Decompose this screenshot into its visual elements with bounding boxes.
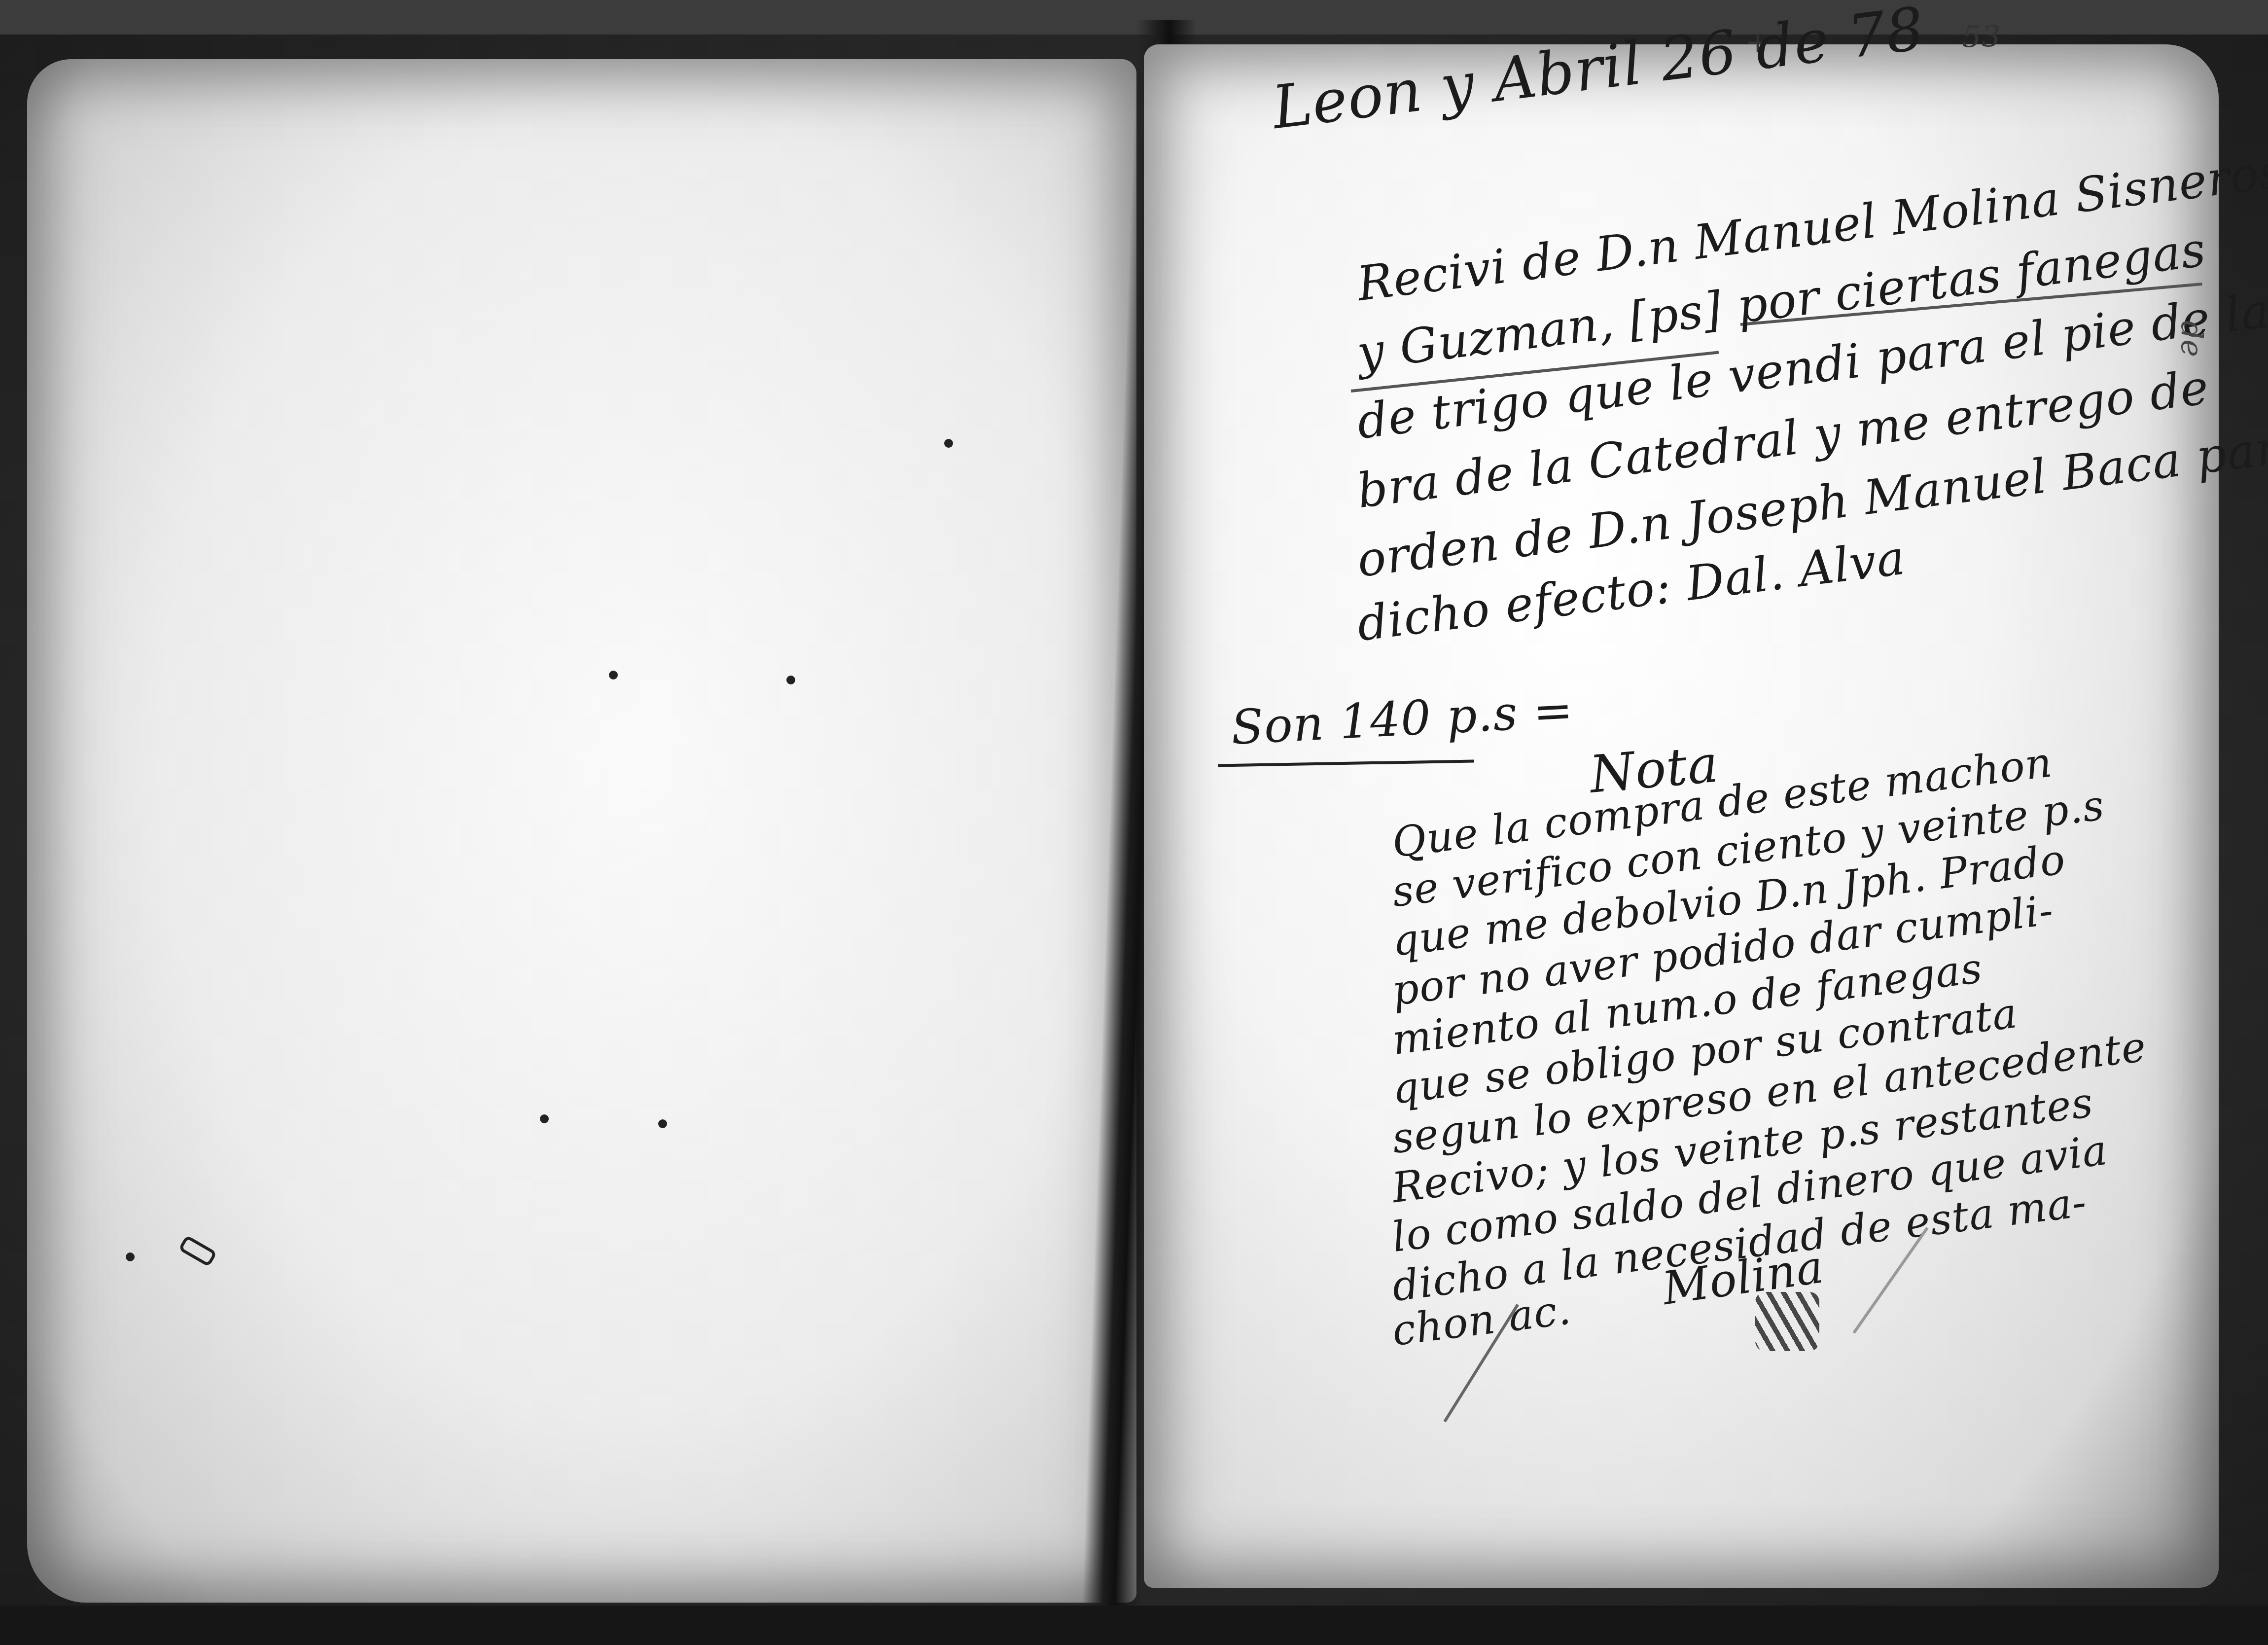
scanner-top-edge [0,0,2268,35]
ink-spot [944,439,953,448]
left-page-blank [27,59,1136,1603]
scanner-bottom-edge [0,1606,2268,1645]
margin-text: de [2174,321,2209,1159]
signature-rubric [1755,1292,1819,1351]
ink-spot [658,1119,667,1128]
folio-number: 53 [1962,20,2001,54]
ink-spot [540,1114,549,1123]
ink-spot [609,671,618,679]
ink-spot [126,1252,135,1261]
ink-loop [178,1235,217,1267]
ink-spot [786,676,795,684]
